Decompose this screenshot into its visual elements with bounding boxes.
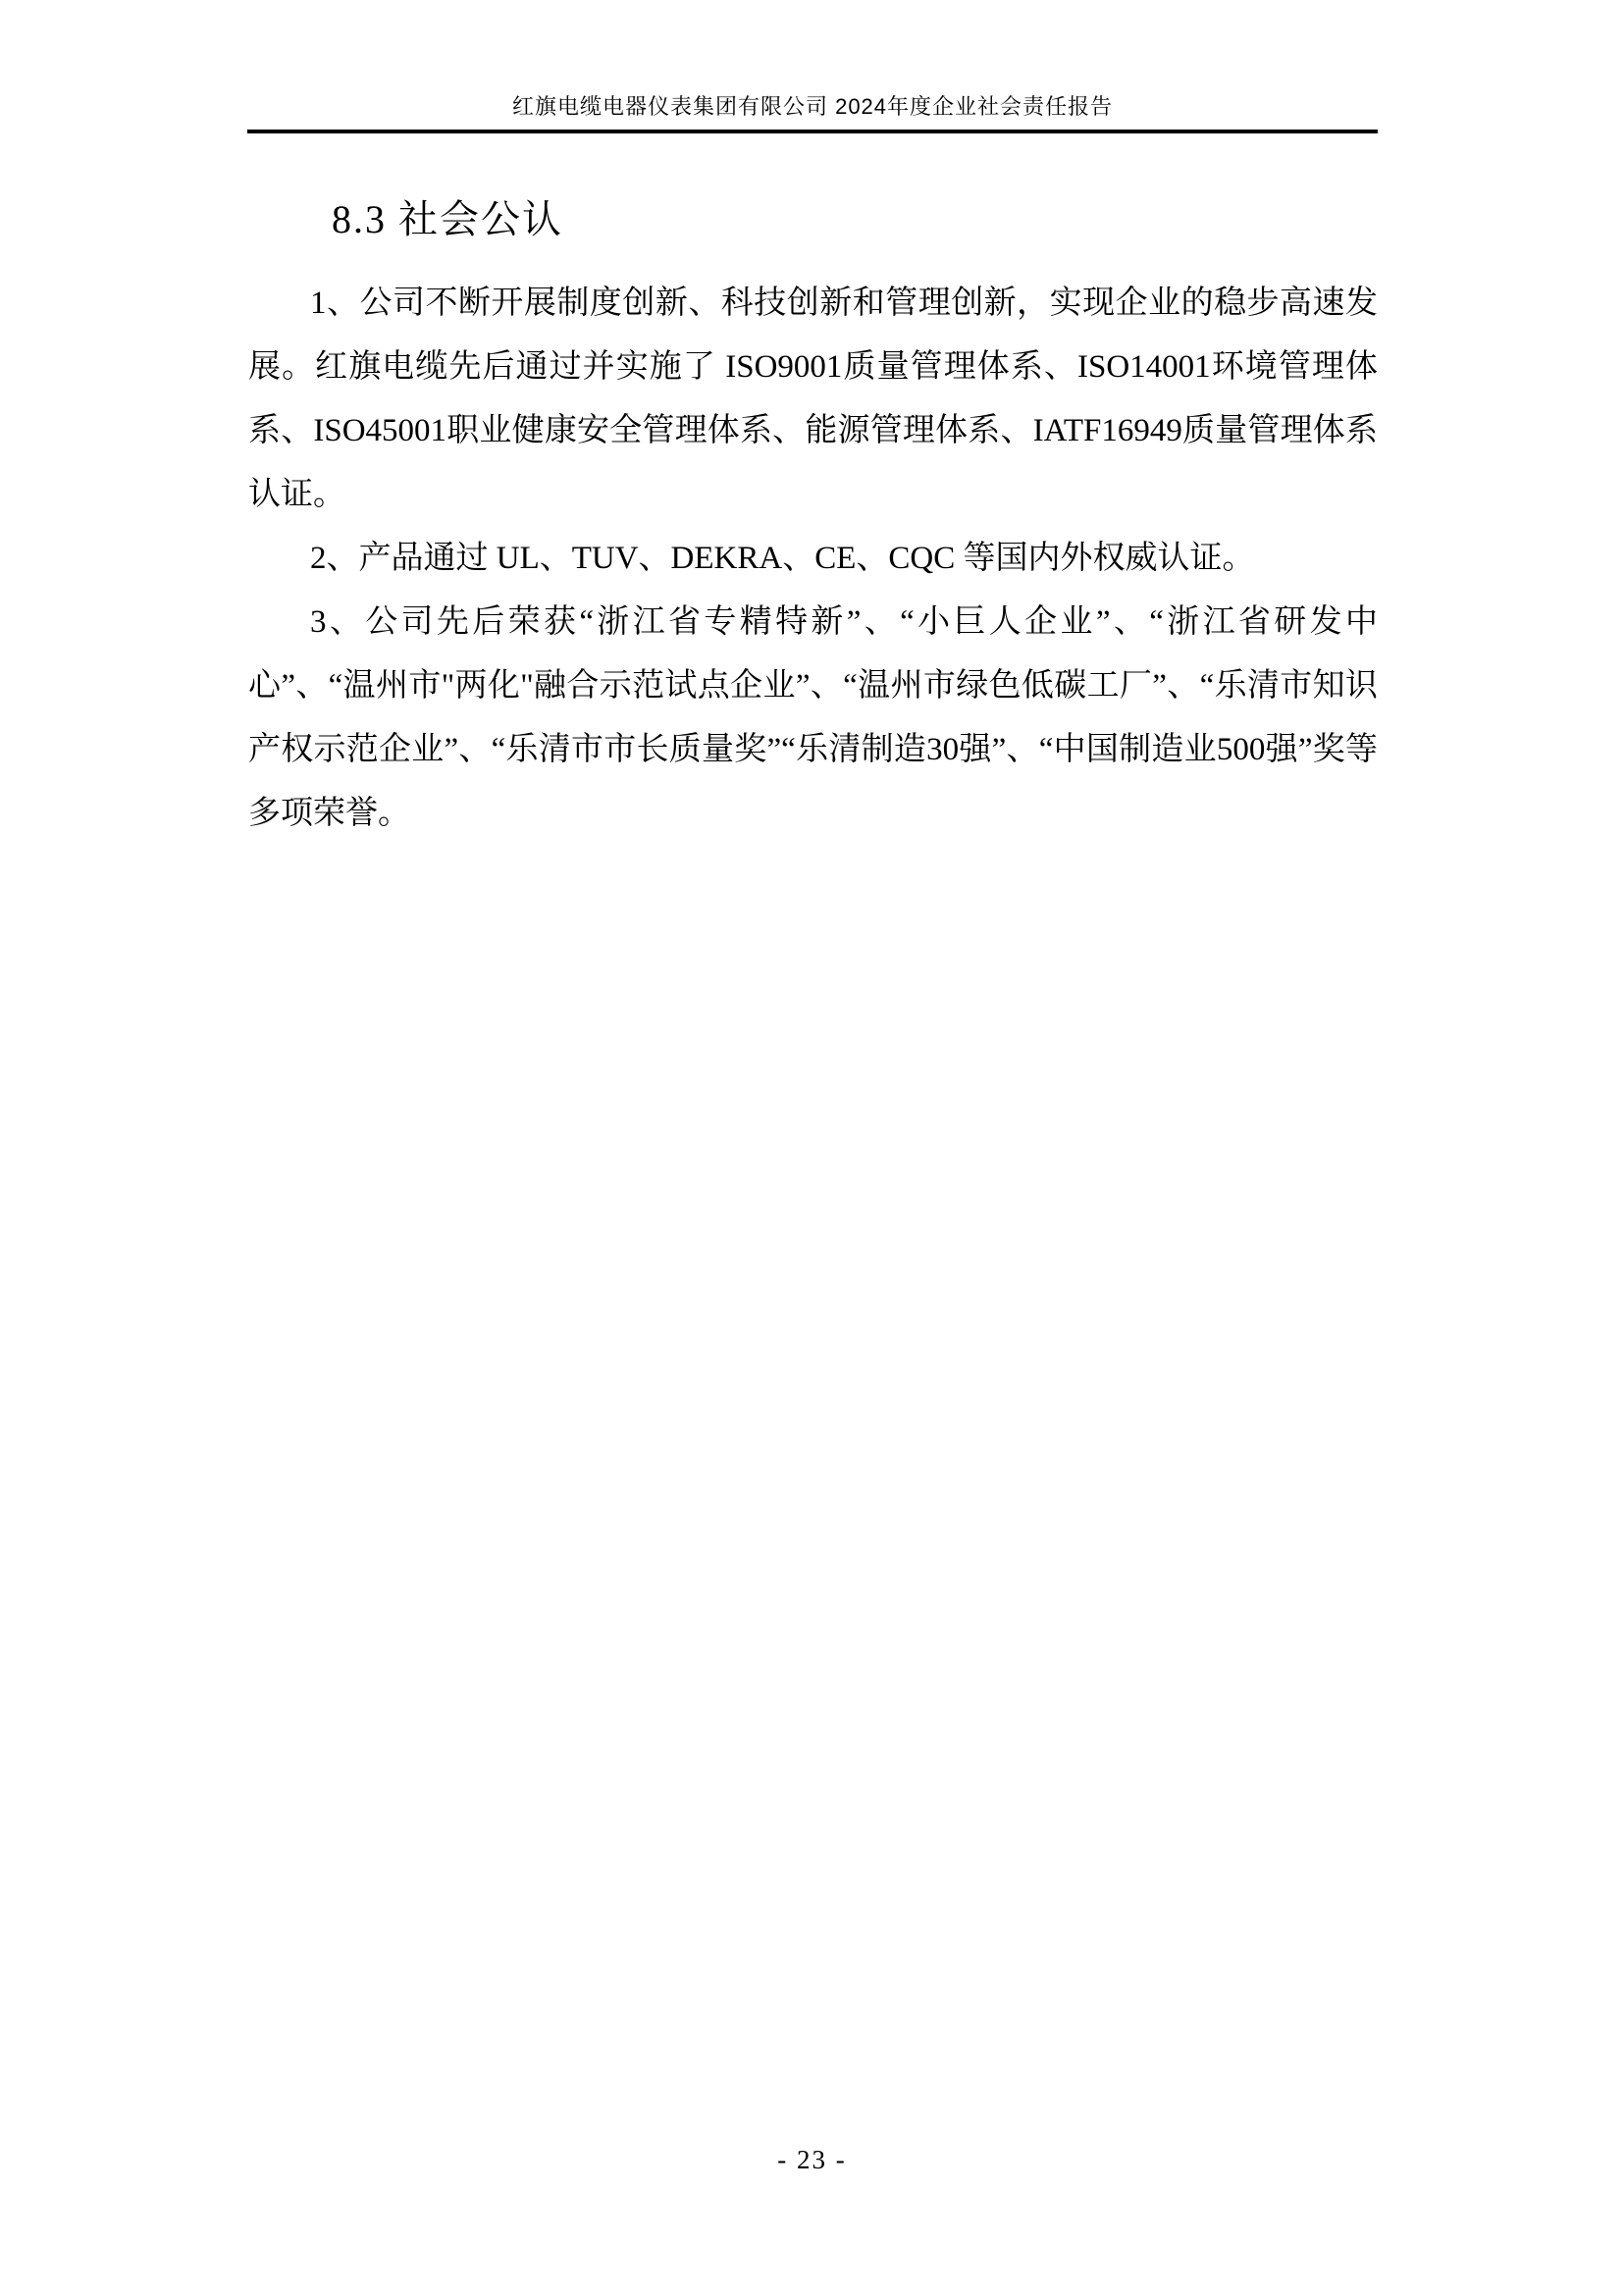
paragraph-2: 2、产品通过 UL、TUV、DEKRA、CE、CQC 等国内外权威认证。 — [248, 527, 1378, 591]
paragraph-1: 1、公司不断开展制度创新、科技创新和管理创新，实现企业的稳步高速发展。红旗电缆先… — [248, 272, 1378, 527]
document-body: 8.3 社会公认 1、公司不断开展制度创新、科技创新和管理创新，实现企业的稳步高… — [248, 192, 1378, 846]
paragraph-3: 3、公司先后荣获“浙江省专精特新”、“小巨人企业”、“浙江省研发中心”、“温州市… — [248, 591, 1378, 846]
header-title: 红旗电缆电器仪表集团有限公司 2024年度企业社会责任报告 — [512, 94, 1113, 119]
page-header: 红旗电缆电器仪表集团有限公司 2024年度企业社会责任报告 — [247, 90, 1378, 133]
page-footer: - 23 - — [0, 2145, 1624, 2175]
section-heading: 8.3 社会公认 — [332, 192, 1378, 246]
page-number: - 23 - — [777, 2145, 846, 2174]
